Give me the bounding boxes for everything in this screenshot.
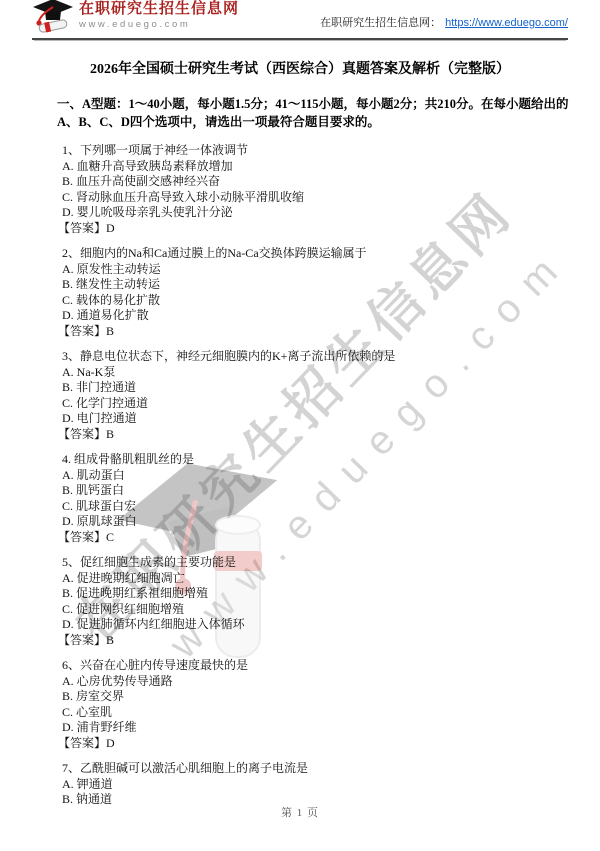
questions: 1、下列哪一项属于神经一体液调节A. 血糖升高导致胰岛素释放增加B. 血压升高使… (0, 143, 600, 808)
header-site-info: 在职研究生招生信息网： https://www.eduego.com/ (320, 14, 568, 38)
answer-letter: B (106, 633, 114, 647)
question-block: 3、静息电位状态下，神经元细胞膜内的K+离子流出所依赖的是A. Na-K泵B. … (62, 349, 572, 442)
option-item: D. 通道易化扩散 (62, 308, 572, 324)
page-header: 在职研究生招生信息网 www.eduego.com 在职研究生招生信息网： ht… (32, 0, 568, 40)
question-block: 5、促红细胞生成素的主要功能是A. 促进晚期红细胞凋亡B. 促进晚期红系祖细胞增… (62, 555, 572, 648)
question-stem: 6、兴奋在心脏内传导速度最快的是 (62, 658, 572, 674)
brand-text: 在职研究生招生信息网 www.eduego.com (79, 2, 239, 30)
answer-label: 【答案】 (58, 736, 106, 750)
graduation-cap-icon (32, 0, 74, 34)
option-item: B. 非门控通道 (62, 380, 572, 396)
option-item: C. 肌球蛋白宏 (62, 499, 572, 515)
option-item: D. 浦肯野纤维 (62, 720, 572, 736)
question-stem: 1、下列哪一项属于神经一体液调节 (62, 143, 572, 159)
option-item: A. 肌动蛋白 (62, 468, 572, 484)
question-block: 7、乙酰胆碱可以激活心肌细胞上的离子电流是A. 钾通道B. 钠通道 (62, 761, 572, 808)
answer-letter: D (106, 736, 115, 750)
page-number: 第 1 页 (0, 804, 600, 820)
answer-line: 【答案】B (58, 324, 572, 340)
option-item: C. 心室肌 (62, 705, 572, 721)
answer-letter: C (106, 530, 114, 544)
answer-label: 【答案】 (58, 633, 106, 647)
question-stem: 5、促红细胞生成素的主要功能是 (62, 555, 572, 571)
site-logo: 在职研究生招生信息网 www.eduego.com (32, 0, 239, 38)
question-block: 6、兴奋在心脏内传导速度最快的是A. 心房优势传导通路B. 房室交界C. 心室肌… (62, 658, 572, 751)
option-item: D. 原肌球蛋白 (62, 514, 572, 530)
question-stem: 4. 组成骨骼肌粗肌丝的是 (62, 452, 572, 468)
option-item: D. 促进肺循环内红细胞进入体循环 (62, 617, 572, 633)
question-block: 4. 组成骨骼肌粗肌丝的是A. 肌动蛋白B. 肌钙蛋白C. 肌球蛋白宏D. 原肌… (62, 452, 572, 545)
question-stem: 7、乙酰胆碱可以激活心肌细胞上的离子电流是 (62, 761, 572, 777)
answer-label: 【答案】 (58, 221, 106, 235)
option-item: C. 化学门控通道 (62, 396, 572, 412)
option-item: A. 血糖升高导致胰岛素释放增加 (62, 159, 572, 175)
question-block: 1、下列哪一项属于神经一体液调节A. 血糖升高导致胰岛素释放增加B. 血压升高使… (62, 143, 572, 236)
answer-letter: B (106, 427, 114, 441)
option-item: B. 继发性主动转运 (62, 277, 572, 293)
option-item: A. 促进晚期红细胞凋亡 (62, 571, 572, 587)
option-item: A. 原发性主动转运 (62, 262, 572, 278)
option-item: D. 婴儿吮吸母亲乳头使乳汁分泌 (62, 205, 572, 221)
site-label: 在职研究生招生信息网： (320, 14, 441, 30)
document-title: 2026年全国硕士研究生考试（西医综合）真题答案及解析（完整版） (0, 58, 600, 78)
option-item: A. 钾通道 (62, 777, 572, 793)
option-item: C. 肾动脉血压升高导致入球小动脉平滑肌收缩 (62, 190, 572, 206)
answer-letter: B (106, 324, 114, 338)
option-item: D. 电门控通道 (62, 411, 572, 427)
site-link[interactable]: https://www.eduego.com/ (445, 17, 568, 29)
answer-line: 【答案】C (58, 530, 572, 546)
option-item: A. Na-K泵 (62, 365, 572, 381)
option-item: B. 促进晚期红系祖细胞增殖 (62, 586, 572, 602)
question-stem: 3、静息电位状态下，神经元细胞膜内的K+离子流出所依赖的是 (62, 349, 572, 365)
answer-letter: D (106, 221, 115, 235)
question-stem: 2、细胞内的Na和Ca通过膜上的Na-Ca交换体跨膜运输属于 (62, 246, 572, 262)
brand-url: www.eduego.com (79, 20, 239, 30)
question-block: 2、细胞内的Na和Ca通过膜上的Na-Ca交换体跨膜运输属于A. 原发性主动转运… (62, 246, 572, 339)
brand-name: 在职研究生招生信息网 (79, 2, 239, 17)
option-item: B. 肌钙蛋白 (62, 483, 572, 499)
option-item: C. 促进网织红细胞增殖 (62, 602, 572, 618)
section-instructions: 一、A型题：1～40小题，每小题1.5分；41～115小题，每小题2分；共210… (57, 95, 570, 131)
answer-label: 【答案】 (58, 324, 106, 338)
answer-line: 【答案】B (58, 427, 572, 443)
document-page: 在职研究生招生信息网 www.eduego.com (0, 0, 600, 851)
answer-label: 【答案】 (58, 427, 106, 441)
option-item: A. 心房优势传导通路 (62, 674, 572, 690)
answer-line: 【答案】D (58, 221, 572, 237)
answer-line: 【答案】D (58, 736, 572, 752)
option-item: C. 载体的易化扩散 (62, 293, 572, 309)
answer-label: 【答案】 (58, 530, 106, 544)
option-item: B. 房室交界 (62, 689, 572, 705)
answer-line: 【答案】B (58, 633, 572, 649)
option-item: B. 血压升高使副交感神经兴奋 (62, 174, 572, 190)
